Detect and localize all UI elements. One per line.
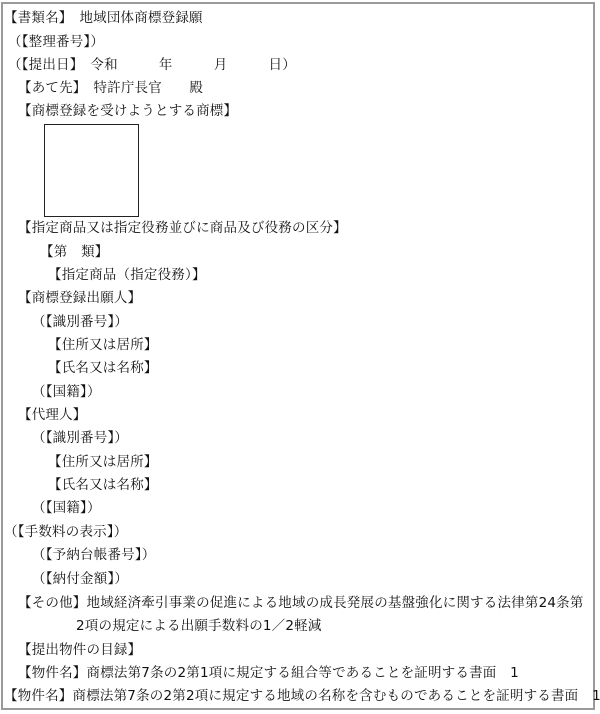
agent-name-line: 【氏名又は名称】	[48, 476, 158, 494]
prepaid-account-line: （【予納台帳番号】）	[32, 546, 156, 564]
reference-number-line: （【整理番号】）	[8, 33, 104, 51]
attachments-heading: 【提出物件の目録】	[18, 641, 141, 659]
trademark-heading: 【商標登録を受けようとする商標】	[18, 102, 237, 120]
applicant-heading: 【商標登録出願人】	[18, 289, 141, 307]
submission-date-line: （【提出日】 令和 年 月 日）	[8, 56, 296, 74]
doc-title-line: 【書類名】 地域団体商標登録願	[4, 9, 203, 27]
other-line-1: 【その他】地域経済牽引事業の促進による地域の成長発展の基盤強化に関する法律第24…	[18, 594, 584, 612]
designated-goods-line: 【指定商品（指定役務）】	[48, 266, 206, 284]
attachment-item-2: 【物件名】商標法第7条の2第2項に規定する地域の名称を含むものであることを証明す…	[4, 687, 600, 705]
agent-nationality-line: （【国籍】）	[32, 499, 101, 517]
applicant-name-line: 【氏名又は名称】	[48, 359, 158, 377]
applicant-address-line: 【住所又は居所】	[48, 336, 158, 354]
class-line: 【第 類】	[40, 243, 109, 261]
agent-heading: 【代理人】	[18, 406, 87, 424]
other-line-2: 2項の規定による出願手数料の1／2軽減	[76, 617, 322, 635]
agent-address-line: 【住所又は居所】	[48, 453, 158, 471]
trademark-image-box	[44, 124, 139, 217]
applicant-nationality-line: （【国籍】）	[32, 383, 101, 401]
applicant-id-line: （【識別番号】）	[32, 313, 128, 331]
fee-heading: （【手数料の表示】）	[4, 523, 128, 541]
agent-id-line: （【識別番号】）	[32, 429, 128, 447]
addressee-line: 【あて先】 特許庁長官 殿	[18, 79, 203, 97]
designated-goods-heading: 【指定商品又は指定役務並びに商品及び役務の区分】	[18, 219, 347, 237]
attachment-item-1: 【物件名】商標法第7条の2第1項に規定する組合等であることを証明する書面 1	[18, 664, 519, 682]
payment-amount-line: （【納付金額】）	[32, 570, 128, 588]
